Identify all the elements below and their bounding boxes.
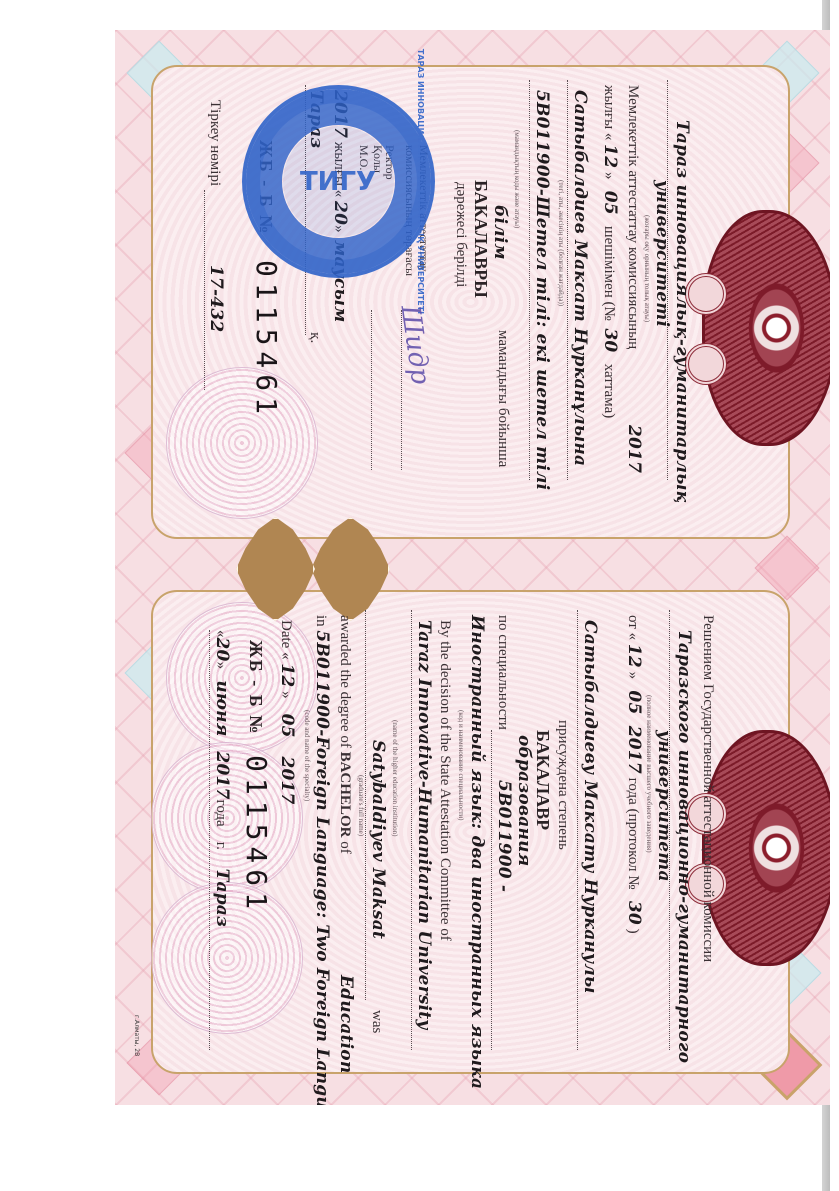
state-emblem-kazakh [702,210,830,446]
ru-specialty-code: 5В011900 - [495,780,512,892]
signature-line [371,310,372,470]
ru-institution-caption: (полное наименование высшего учебного за… [645,695,652,853]
diploma-spread: Тараз инновациялық-гуманитарлық универси… [115,30,830,1105]
ru-date-mid: » [625,672,641,680]
en-graduate-name: Satybaldiyev Maksat [369,740,386,939]
ru-specialty-caption: (код и наименование специальности) [457,710,464,821]
ru-graduate-name: Сатыбалдиеву Максату Нурканулы [581,620,598,994]
ru-header: Решением Государственной аттестационной … [700,615,715,962]
kz-specialty: 5В011900-Шетел тілі: екі шетел тілі [533,90,550,490]
kz-day: 12 [600,144,620,168]
kz-registration-number: 17-432 [207,265,224,332]
en-was: was [369,1010,384,1033]
en-issue-year: 2017 [212,751,232,799]
en-year: 2017 [277,756,297,804]
en-date-mid: » [278,691,294,699]
kz-date-prefix: жылғы « [601,85,617,140]
en-issue-day: 20 [212,638,232,662]
seal-center-text: ТИГУ [300,167,376,197]
en-in: in [313,615,329,627]
rule [577,610,578,1050]
kz-month: 05 [600,191,620,215]
en-specialty-caption: (code and name of the specialty) [303,710,310,801]
ru-date-prefix: от « [625,615,641,640]
en-serial-number: 0115461 [242,755,270,915]
kz-year: 2017 [625,425,642,473]
en-issue-year-suffix: года [213,800,229,827]
ru-specialty-name: Иностранный язык: два иностранных языка [468,615,485,1089]
rule [411,610,412,1050]
ru-year-suffix: года (протокол № [625,778,641,890]
kz-specialty-suffix: мамандығы бойынша [495,330,510,467]
en-city-prefix: г. [213,842,229,850]
en-month: 05 [277,714,297,738]
en-institution-caption: (name of the higher education institutio… [391,720,398,836]
en-issue-open: « [213,630,229,638]
en-field: Education [337,975,354,1073]
en-decision-text: By the decision of the State Attestation… [437,620,452,941]
ru-day: 12 [624,644,644,668]
guilloche-rosette [166,367,318,519]
kz-degree-suffix: дәрежесі берілді [453,182,468,287]
ru-institution-line1: Таразского инновационно-гуманитарного [675,630,692,1063]
ru-protocol-no: 30 [624,901,644,925]
kz-serial-number: 0115461 [252,260,280,420]
en-awarded-prefix: awarded the degree of [337,615,353,748]
state-emblem-russian [702,730,830,966]
kz-commission-text: Мемлекеттік аттестаттау комиссиясының [625,85,640,349]
gold-shield-ornament [240,542,390,592]
kz-institution-caption: (жоғары оқу орнының толық атауы) [643,215,650,322]
ru-institution-line2: университета [655,730,672,882]
rule [529,80,530,480]
university-seal: ТАРАЗ ИННОВАЦИЯЛЫҚ-ГУМАНИТАРЛЫҚ УНИВЕРСИ… [242,85,435,278]
kz-name-caption: (тегі, аты, әкесінің аты (болған жағдайд… [557,180,564,306]
ru-protocol-suffix: ) [625,929,641,934]
printer-mark: г.Алматы, 2В [133,1015,140,1056]
ru-specialty-label: по специальности [495,615,510,730]
kz-date-mid: » [601,172,617,180]
ru-month: 05 [624,690,644,714]
en-issue-month: июня [212,680,232,736]
kz-decision-text: шешімімен (№ [601,226,617,321]
en-of: of [337,841,353,854]
rule [491,730,492,1050]
en-specialty: 5В011900-Foreign Language: Two Foreign L… [312,630,332,1105]
kz-protocol-no: 30 [600,328,620,352]
en-degree: BACHELOR [337,752,353,838]
en-serial-prefix: ЖБ - Б № [247,640,265,735]
en-day: 12 [277,663,297,687]
kz-degree: БАКАЛАВРЫ [472,180,490,298]
kz-field: білім [491,205,508,260]
en-name-caption: (graduate's full name) [357,775,364,836]
ru-degree: БАКАЛАВР [534,730,552,830]
rule [365,610,366,1000]
kz-protocol-suffix: хаттама) [601,364,617,419]
rule [209,630,210,1050]
kz-graduate-name: Сатыбалдиев Максат Нурканұлына [571,90,588,466]
ru-field: образования [515,735,532,866]
rule [567,80,568,480]
kz-specialty-caption: (мамандықтың коды және атауы) [513,130,520,228]
ru-awarded-text: присуждена степень [555,720,570,850]
en-issue-close: » [213,662,229,670]
rule [204,190,205,390]
ru-year: 2017 [624,726,644,774]
kz-registration-label: Тіркеу нөмірі [207,100,222,186]
kz-city-suffix: қ. [307,332,323,343]
kz-institution-line1: Тараз инновациялық-гуманитарлық [673,120,690,503]
kz-institution-line2: университеті [653,180,670,327]
en-institution: Taraz Innovative-Humanitarian University [415,620,432,1029]
en-city: Тараз [212,869,232,927]
en-date-label: Date « [278,620,294,660]
seal-ring-text: ТАРАЗ ИННОВАЦИЯЛЫҚ-ГУМАНИТАРЛЫҚ УНИВЕРСИ… [416,49,425,314]
